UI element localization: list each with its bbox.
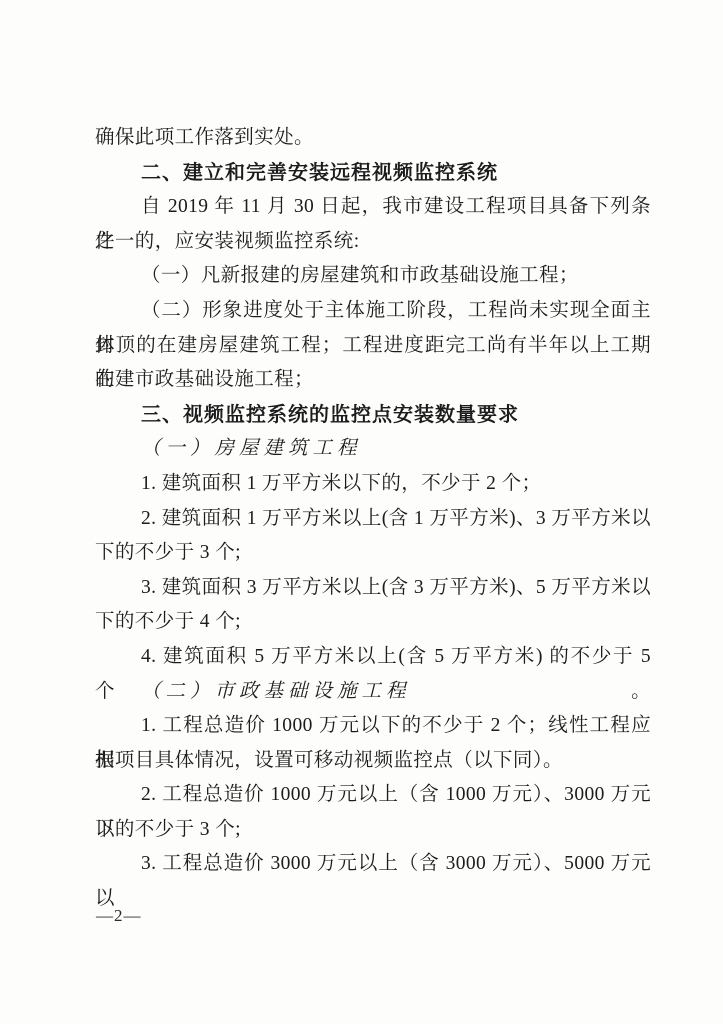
sub-heading: （一）房屋建筑工程 [95, 432, 651, 467]
text-line: （一）凡新报建的房屋建筑和市政基础设施工程； [95, 259, 651, 294]
text-line: 2. 建筑面积 1 万平方米以上(含 1 万平方米)、3 万平方米以 [95, 502, 651, 537]
text-line: 下的不少于 3 个; [95, 536, 651, 571]
text-line: 确保此项工作落到实处。 [95, 121, 651, 156]
text-line: 据项目具体情况，设置可移动视频监控点（以下同）。 [95, 744, 651, 779]
section-heading: 三、视频监控系统的监控点安装数量要求 [95, 398, 651, 433]
text-line: 封顶的在建房屋建筑工程；工程进度距完工尚有半年以上工期的 [95, 329, 651, 364]
section-heading: 二、建立和完善安装远程视频监控系统 [95, 156, 651, 191]
document-page: 确保此项工作落到实处。二、建立和完善安装远程视频监控系统自 2019 年 11 … [0, 0, 723, 1024]
text-line: 1. 工程总造价 1000 万元以下的不少于 2 个；线性工程应根 [95, 709, 651, 744]
text-line: 下的不少于 4 个; [95, 605, 651, 640]
text-line: 2. 工程总造价 1000 万元以上（含 1000 万元）、3000 万元以 [95, 778, 651, 813]
text-line: 自 2019 年 11 月 30 日起，我市建设工程项目具备下列条件 [95, 190, 651, 225]
text-line: （二）形象进度处于主体施工阶段，工程尚未实现全面主体 [95, 294, 651, 329]
text-line: 3. 建筑面积 3 万平方米以上(含 3 万平方米)、5 万平方米以 [95, 571, 651, 606]
text-line: 4. 建筑面积 5 万平方米以上(含 5 万平方米) 的不少于 5 个。 [95, 640, 651, 675]
text-line: 下的不少于 3 个; [95, 813, 651, 848]
page-footer: —2— [96, 906, 142, 926]
text-line: 之一的，应安装视频监控系统: [95, 225, 651, 260]
document-body: 确保此项工作落到实处。二、建立和完善安装远程视频监控系统自 2019 年 11 … [95, 121, 651, 882]
text-line: 在建市政基础设施工程； [95, 363, 651, 398]
page-number: —2— [96, 906, 142, 925]
text-line: 1. 建筑面积 1 万平方米以下的，不少于 2 个； [95, 467, 651, 502]
text-line: 3. 工程总造价 3000 万元以上（含 3000 万元）、5000 万元以 [95, 847, 651, 882]
